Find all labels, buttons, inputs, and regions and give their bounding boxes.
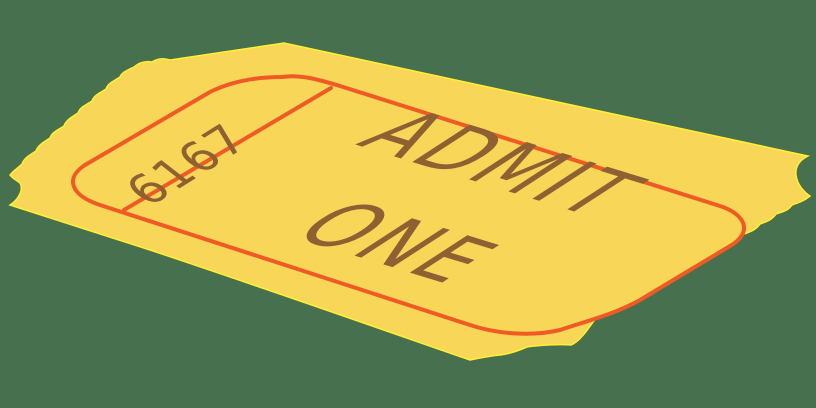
illustration-canvas: 6167 ADMIT ONE — [0, 0, 816, 408]
admit-one-ticket-illustration: 6167 ADMIT ONE — [0, 0, 816, 408]
